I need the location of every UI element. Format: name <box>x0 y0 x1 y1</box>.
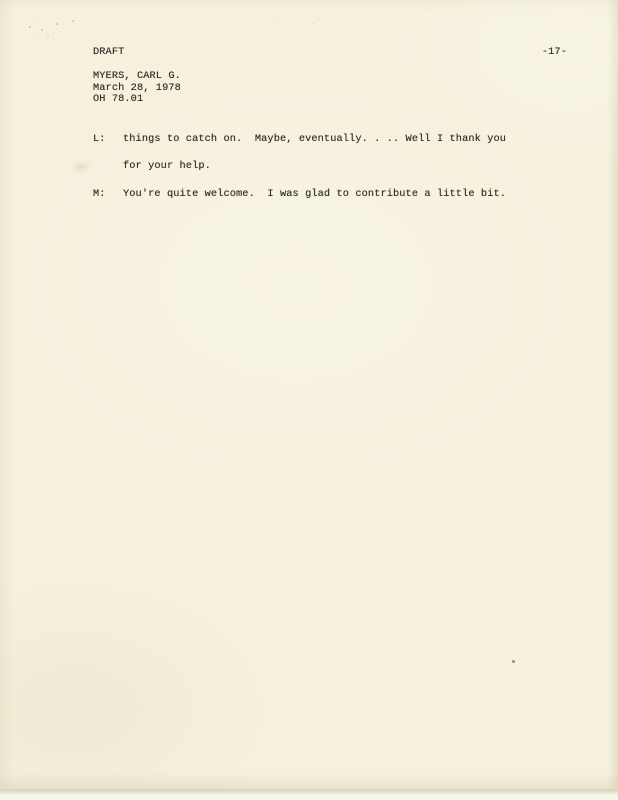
paper-speck <box>312 23 314 24</box>
dialogue-line: M:You're quite welcome. I was glad to co… <box>93 188 506 215</box>
pencil-mark <box>34 21 36 22</box>
dialogue-line: L:things to catch on. Maybe, eventually.… <box>93 133 506 160</box>
paper-speck <box>277 22 279 23</box>
speaker-label: L: <box>93 133 123 145</box>
scanned-document: DRAFT -17- MYERS, CARL G. March 28, 1978… <box>0 0 618 800</box>
dialogue-text: for your help. <box>123 160 211 172</box>
pencil-mark <box>53 38 54 39</box>
dialogue-block: L:things to catch on. Maybe, eventually.… <box>93 133 506 215</box>
paper-speck <box>512 660 515 663</box>
pencil-mark <box>56 23 58 25</box>
page-number: -17- <box>542 46 567 59</box>
document-page: DRAFT -17- MYERS, CARL G. March 28, 1978… <box>0 0 618 791</box>
pencil-mark <box>72 20 74 22</box>
interviewee-name: MYERS, CARL G. <box>93 71 181 83</box>
document-header: MYERS, CARL G. March 28, 1978 OH 78.01 <box>93 71 181 106</box>
paper-smudge <box>70 160 92 174</box>
dialogue-text: You're quite welcome. I was glad to cont… <box>123 188 506 200</box>
draft-label: DRAFT <box>93 46 124 59</box>
pencil-mark <box>47 34 49 36</box>
oral-history-number: OH 78.01 <box>93 94 181 106</box>
page-top-line: DRAFT -17- <box>93 46 567 59</box>
pencil-mark <box>37 39 39 40</box>
pencil-mark <box>41 29 43 31</box>
dialogue-line-continuation: for your help. <box>93 160 506 187</box>
pencil-mark <box>29 26 31 28</box>
dialogue-text: things to catch on. Maybe, eventually. .… <box>123 133 506 145</box>
speaker-label: M: <box>93 188 123 200</box>
pencil-mark <box>63 28 65 29</box>
